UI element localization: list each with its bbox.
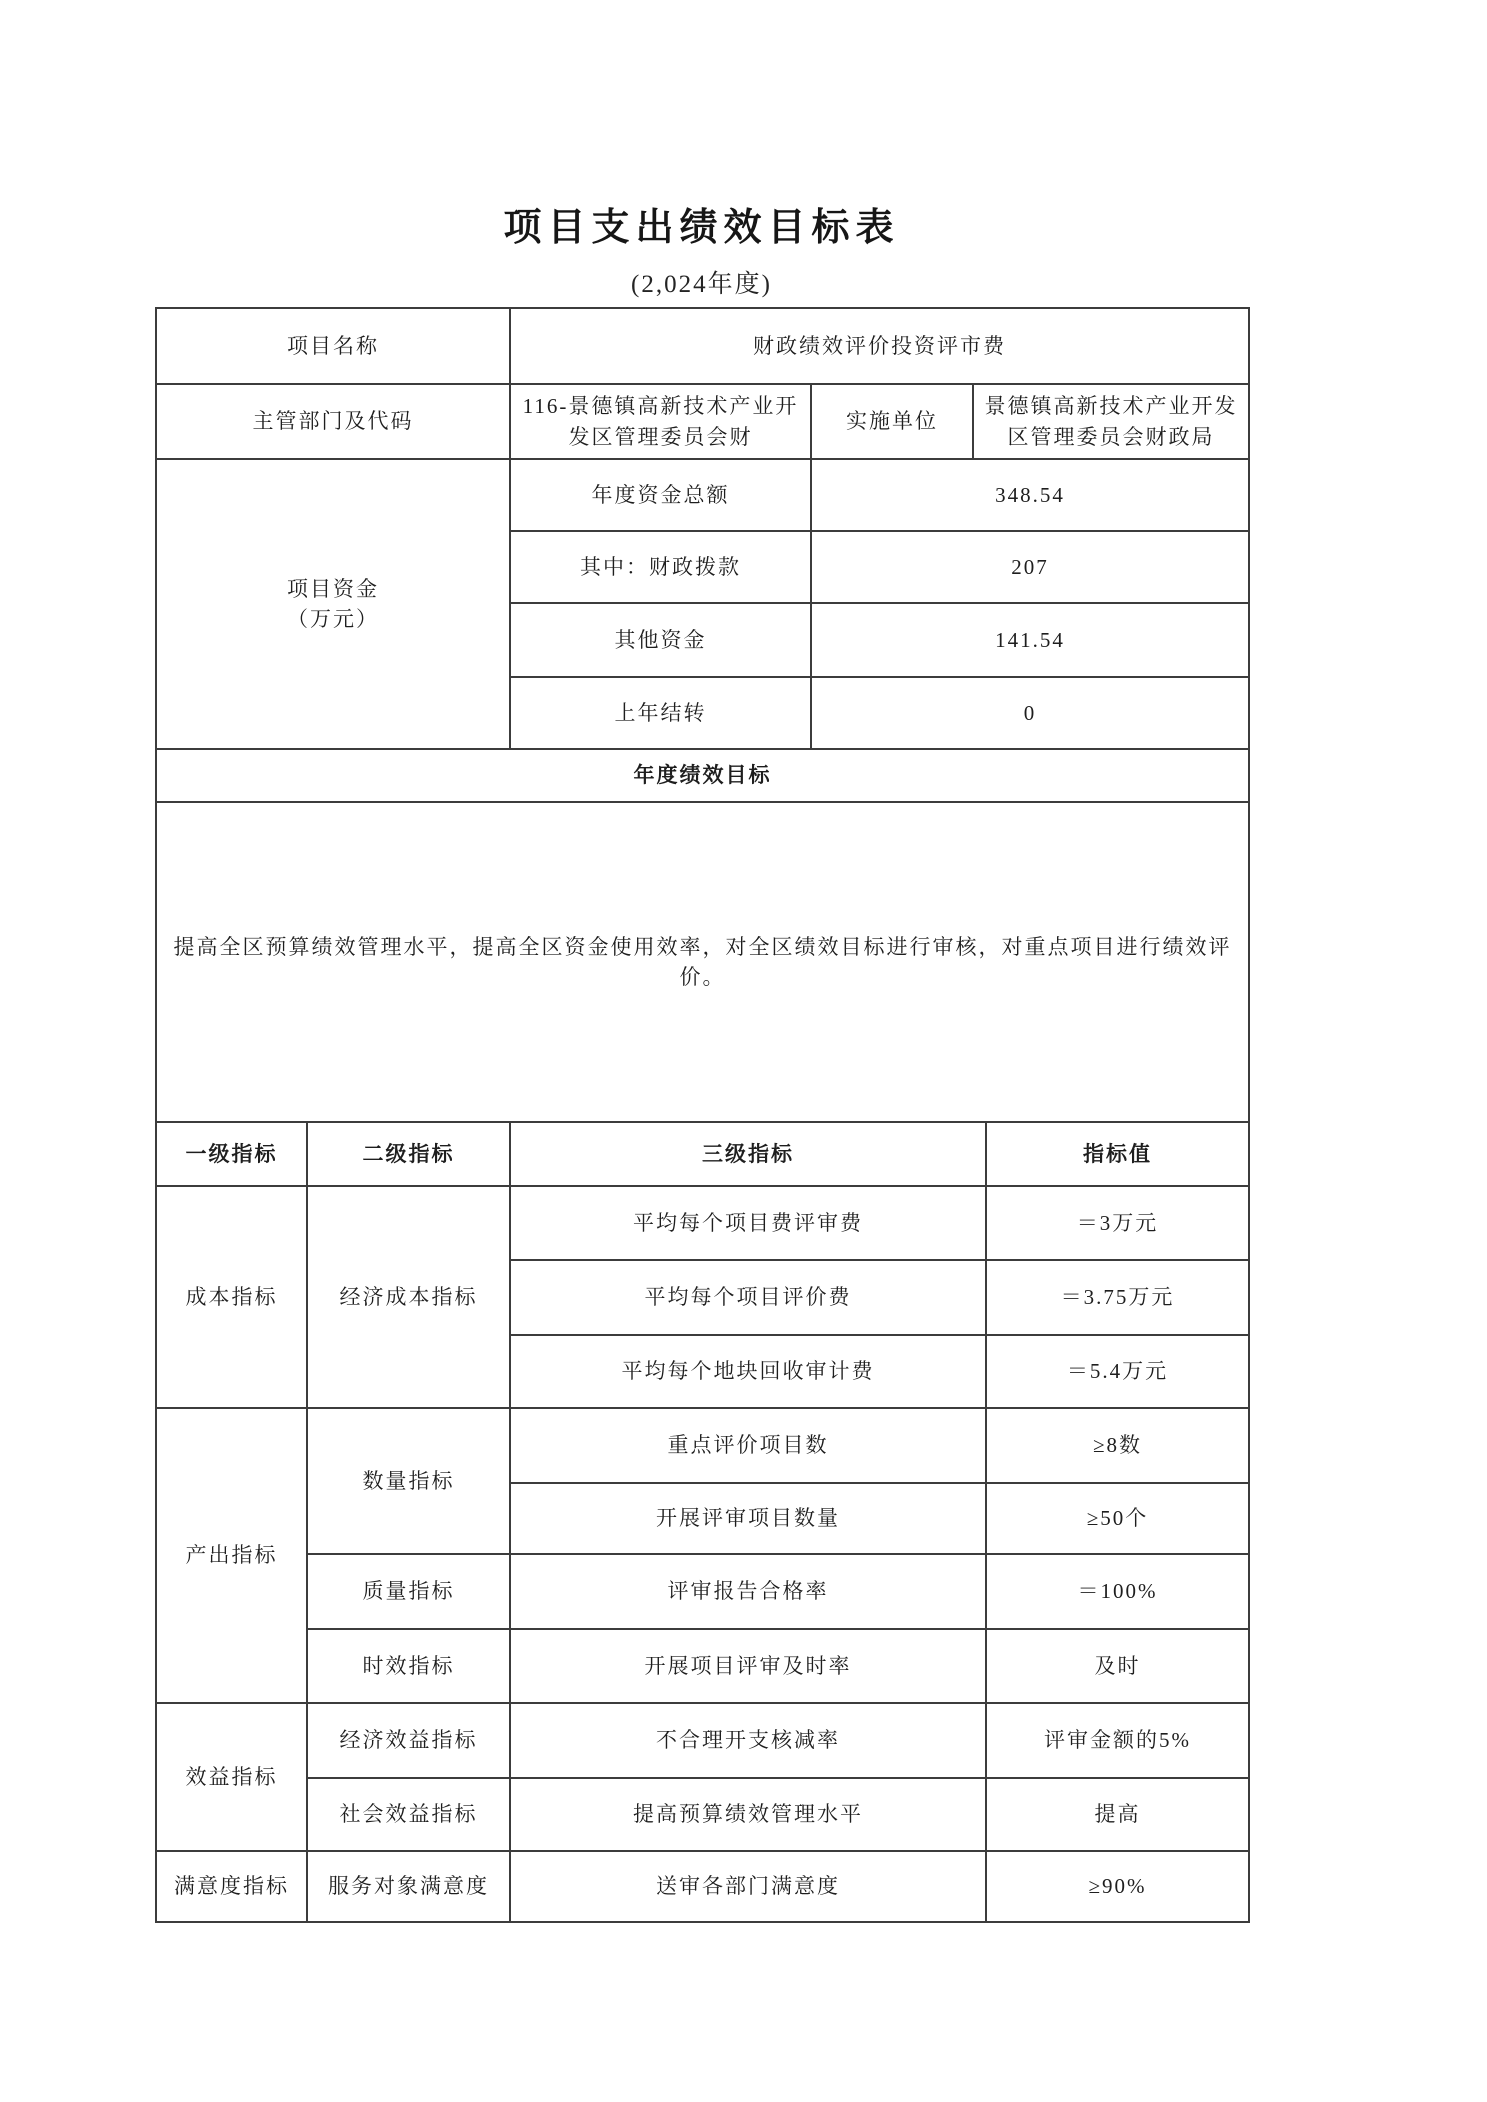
indicator-name: 平均每个地块回收审计费	[510, 1335, 986, 1408]
indicator-name: 不合理开支核减率	[510, 1703, 986, 1778]
department-value: 116-景德镇高新技术产业开发区管理委员会财	[510, 384, 811, 459]
doc-title: 项目支出绩效目标表	[155, 196, 1248, 251]
indicator-table: 一级指标 二级指标 三级指标 指标值 成本指标 经济成本指标 平均每个项目费评审…	[155, 1121, 1250, 1923]
fund-row-value: 348.54	[811, 459, 1249, 531]
indicator-value: 及时	[986, 1629, 1249, 1703]
indicator-name: 开展项目评审及时率	[510, 1629, 986, 1703]
project-name-value: 财政绩效评价投资评市费	[510, 308, 1249, 384]
department-label: 主管部门及代码	[156, 384, 510, 459]
project-funds-label: 项目资金 （万元）	[156, 459, 510, 749]
level2-economic-cost: 经济成本指标	[307, 1186, 510, 1408]
fund-row-label: 其他资金	[510, 603, 811, 677]
indicator-name: 评审报告合格率	[510, 1554, 986, 1629]
header-level2: 二级指标	[307, 1122, 510, 1186]
level1-output: 产出指标	[156, 1408, 307, 1703]
indicator-value: ≥50个	[986, 1483, 1249, 1554]
indicator-name: 送审各部门满意度	[510, 1851, 986, 1922]
level2-economic-benefit: 经济效益指标	[307, 1703, 510, 1778]
fund-row-value: 207	[811, 531, 1249, 603]
indicator-name: 开展评审项目数量	[510, 1483, 986, 1554]
doc-subtitle: (2,024年度)	[155, 264, 1248, 300]
level2-social-benefit: 社会效益指标	[307, 1778, 510, 1851]
level1-benefit: 效益指标	[156, 1703, 307, 1851]
annual-goal-text: 提高全区预算绩效管理水平，提高全区资金使用效率，对全区绩效目标进行审核，对重点项…	[156, 802, 1249, 1122]
indicator-name: 平均每个项目费评审费	[510, 1186, 986, 1260]
implementing-unit-label: 实施单位	[811, 384, 973, 459]
fund-row-value: 0	[811, 677, 1249, 749]
header-level3: 三级指标	[510, 1122, 986, 1186]
fund-row-value: 141.54	[811, 603, 1249, 677]
fund-row-label: 上年结转	[510, 677, 811, 749]
annual-goal-header: 年度绩效目标	[156, 749, 1249, 802]
level1-satisfaction: 满意度指标	[156, 1851, 307, 1922]
header-level1: 一级指标	[156, 1122, 307, 1186]
level2-timeliness: 时效指标	[307, 1629, 510, 1703]
fund-row-label: 年度资金总额	[510, 459, 811, 531]
indicator-value: ＝3万元	[986, 1186, 1249, 1260]
level1-cost: 成本指标	[156, 1186, 307, 1408]
level2-quantity: 数量指标	[307, 1408, 510, 1554]
indicator-value: ＝100%	[986, 1554, 1249, 1629]
indicator-name: 平均每个项目评价费	[510, 1260, 986, 1335]
fund-row-label: 其中：财政拨款	[510, 531, 811, 603]
indicator-name: 重点评价项目数	[510, 1408, 986, 1483]
project-info-table: 项目名称 财政绩效评价投资评市费 主管部门及代码 116-景德镇高新技术产业开发…	[155, 307, 1250, 1123]
indicator-value: ≥90%	[986, 1851, 1249, 1922]
level2-quality: 质量指标	[307, 1554, 510, 1629]
header-value: 指标值	[986, 1122, 1249, 1186]
indicator-value: 提高	[986, 1778, 1249, 1851]
level2-service-target: 服务对象满意度	[307, 1851, 510, 1922]
indicator-name: 提高预算绩效管理水平	[510, 1778, 986, 1851]
implementing-unit-value: 景德镇高新技术产业开发区管理委员会财政局	[973, 384, 1249, 459]
page: 项目支出绩效目标表 (2,024年度) 项目名称 财政绩效评价投资评市费 主管部…	[0, 0, 1487, 2102]
project-name-label: 项目名称	[156, 308, 510, 384]
indicator-value: ＝3.75万元	[986, 1260, 1249, 1335]
indicator-value: 评审金额的5%	[986, 1703, 1249, 1778]
indicator-value: ≥8数	[986, 1408, 1249, 1483]
indicator-value: ＝5.4万元	[986, 1335, 1249, 1408]
